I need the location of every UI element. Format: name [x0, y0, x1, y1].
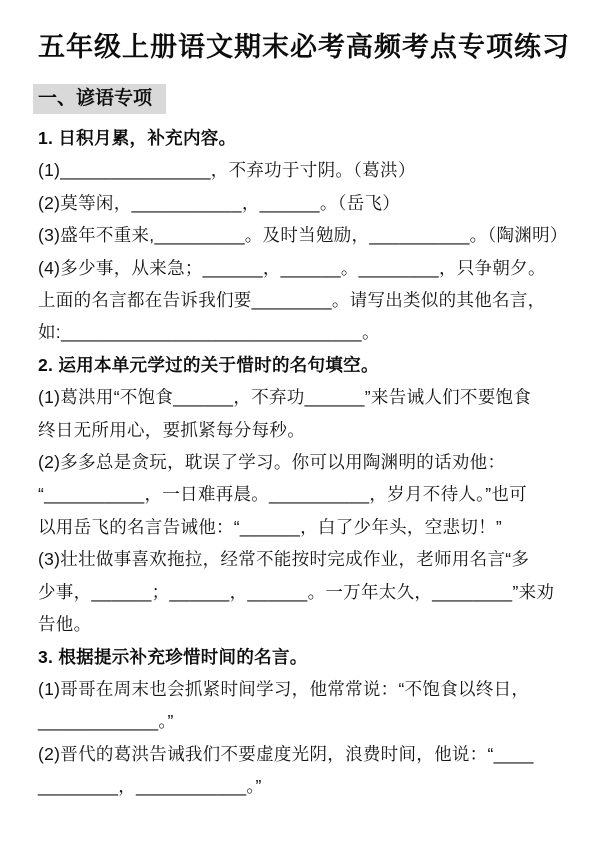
text-line: 少事，______；______，______。一万年太久，________”来…: [38, 576, 566, 608]
text-line: (1)哥哥在周末也会抓紧时间学习，他常常说：“不饱食以终日，: [38, 673, 566, 705]
text-line: 2. 运用本单元学过的关于惜时的名句填空。: [38, 349, 566, 381]
worksheet-page: 五年级上册语文期末必考高频考点专项练习 一、谚语专项 1. 日积月累，补充内容。…: [0, 0, 596, 842]
text-line: (1)葛洪用“不饱食______，不弃功______”来告诫人们不要饱食: [38, 381, 566, 413]
text-line: (3)壮壮做事喜欢拖拉，经常不能按时完成作业，老师用名言“多: [38, 543, 566, 575]
text-line: (2)莫等闲，___________，______。（岳飞）: [38, 187, 566, 219]
text-line: (3)盛年不重来,_________。及时当勉励，__________。（陶渊明…: [38, 219, 566, 251]
text-line: “__________，一日难再晨。__________，岁月不待人。”也可: [38, 478, 566, 510]
text-line: 以用岳飞的名言告诫他：“______，白了少年头，空悲切！”: [38, 511, 566, 543]
text-line: 终日无所用心，要抓紧每分每秒。: [38, 414, 566, 446]
section-header-proverbs: 一、谚语专项: [33, 84, 166, 114]
text-line: (1)_______________，不弃功于寸阴。（葛洪）: [38, 154, 566, 186]
worksheet-lines: 1. 日积月累，补充内容。(1)_______________，不弃功于寸阴。（…: [38, 122, 566, 803]
text-line: 上面的名言都在告诉我们要________。请写出类似的其他名言，: [38, 284, 566, 316]
text-line: (2)多多总是贪玩，耽误了学习。你可以用陶渊明的话劝他：: [38, 446, 566, 478]
text-line: ____________。”: [38, 705, 566, 737]
page-title: 五年级上册语文期末必考高频考点专项练习: [38, 30, 566, 64]
text-line: 1. 日积月累，补充内容。: [38, 122, 566, 154]
text-line: ________，___________。”: [38, 770, 566, 802]
text-line: (2)晋代的葛洪告诫我们不要虚度光阴，浪费时间，他说：“____: [38, 738, 566, 770]
text-line: 告他。: [38, 608, 566, 640]
text-line: 3. 根据提示补充珍惜时间的名言。: [38, 641, 566, 673]
text-line: 如:______________________________。: [38, 316, 566, 348]
text-line: (4)多少事，从来急；______，______。________，只争朝夕。: [38, 252, 566, 284]
